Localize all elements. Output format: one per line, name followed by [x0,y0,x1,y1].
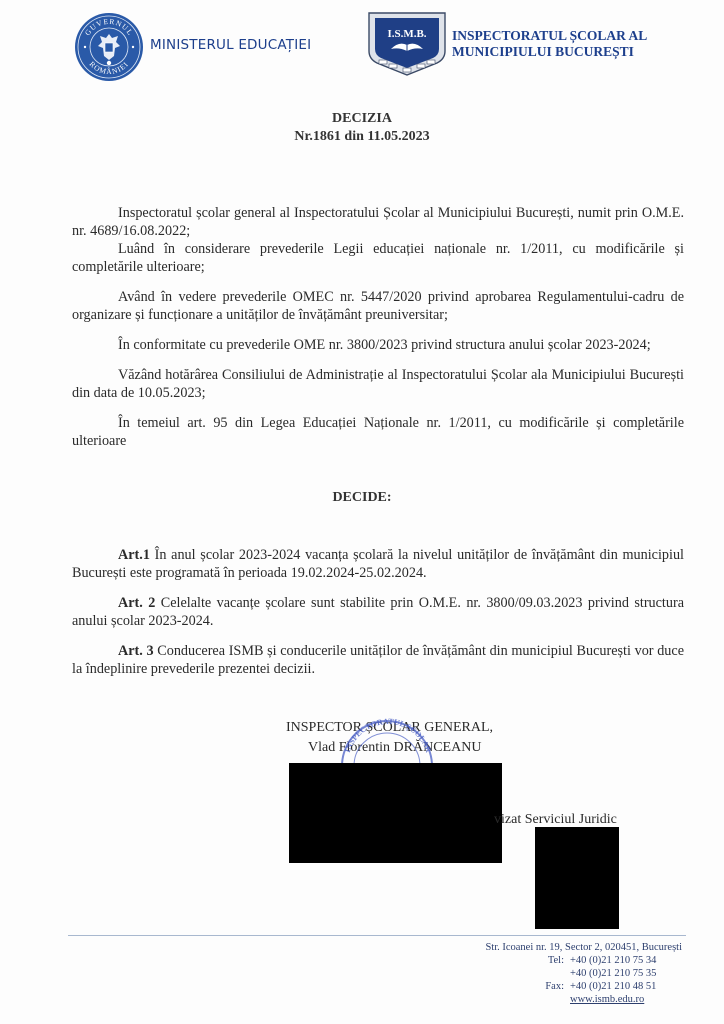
footer-web-row: www.ismb.edu.ro [430,993,682,1006]
article-1: Art.1 În anul școlar 2023-2024 vacanța ș… [72,546,684,582]
fax-label: Fax: [524,980,570,993]
preamble-paragraph: Luând în considerare prevederile Legii e… [72,240,684,276]
decision-heading: DECIZIA [0,110,724,128]
article-label: Art. 2 [118,595,155,611]
preamble: Inspectoratul școlar general al Inspecto… [72,204,684,450]
article-label: Art. 3 [118,643,154,659]
articles: Art.1 În anul școlar 2023-2024 vacanța ș… [72,546,684,690]
tel-number-1: +40 (0)21 210 75 34 [570,954,682,967]
preamble-paragraph: Văzând hotărârea Consiliului de Administ… [72,366,684,402]
ismb-shield-icon: I.S.M.B. [367,11,447,77]
ismb-name-line1: INSPECTORATUL ȘCOLAR AL [452,28,647,44]
svg-text:INSPECTORATUL ȘCOLAR: INSPECTORATUL ȘCOLAR [343,717,433,754]
preamble-paragraph: În conformitate cu prevederile OME nr. 3… [72,336,684,354]
footer-fax-row: Fax: +40 (0)21 210 48 51 [430,980,682,993]
tel-label: Tel: [524,954,570,967]
preamble-paragraph: În temeiul art. 95 din Legea Educației N… [72,414,684,450]
decision-title-block: DECIZIA Nr.1861 din 11.05.2023 [0,110,724,146]
tel-number-2: +40 (0)21 210 75 35 [570,967,682,980]
ministry-name: MINISTERUL EDUCAȚIEI [150,37,311,53]
stamp-icon: INSPECTORATUL ȘCOLAR [338,706,436,766]
footer-tel-row-2: +40 (0)21 210 75 35 [430,967,682,980]
article-label: Art.1 [118,547,150,563]
footer-contact: Str. Icoanei nr. 19, Sector 2, 020451, B… [430,941,682,1006]
article-text: Celelalte vacanțe școlare sunt stabilite… [72,595,684,629]
article-text: În anul școlar 2023-2024 vacanța școlară… [72,547,684,581]
preamble-paragraph: Inspectoratul școlar general al Inspecto… [72,204,684,240]
footer-tel-row: Tel: +40 (0)21 210 75 34 [430,954,682,967]
footer-divider [450,935,686,936]
official-stamp: INSPECTORATUL ȘCOLAR [338,706,436,766]
redacted-legal-signature [535,827,619,929]
ismb-logo: I.S.M.B. [367,11,447,77]
svg-text:I.S.M.B.: I.S.M.B. [387,28,426,40]
fax-number: +40 (0)21 210 48 51 [570,980,682,993]
article-3: Art. 3 Conducerea ISMB și conducerile un… [72,642,684,678]
article-2: Art. 2 Celelalte vacanțe școlare sunt st… [72,594,684,630]
redacted-signature [289,763,502,863]
decide-heading: DECIDE: [0,490,724,506]
footer-divider [68,935,450,936]
ismb-name-line2: MUNICIPIULUI BUCUREȘTI [452,44,647,60]
preamble-paragraph: Având în vedere prevederile OMEC nr. 544… [72,288,684,324]
romanian-coat-of-arms-icon: GUVERNUL ROMÂNIEI [74,12,144,82]
decision-number: Nr.1861 din 11.05.2023 [0,128,724,146]
article-text: Conducerea ISMB și conducerile unitățilo… [72,643,684,677]
ismb-name: INSPECTORATUL ȘCOLAR AL MUNICIPIULUI BUC… [452,28,647,60]
website-link[interactable]: www.ismb.edu.ro [570,993,682,1006]
legal-approval-note: vizat Serviciul Juridic [494,812,617,828]
footer-address: Str. Icoanei nr. 19, Sector 2, 020451, B… [430,941,682,954]
government-seal-logo: GUVERNUL ROMÂNIEI [74,12,144,82]
